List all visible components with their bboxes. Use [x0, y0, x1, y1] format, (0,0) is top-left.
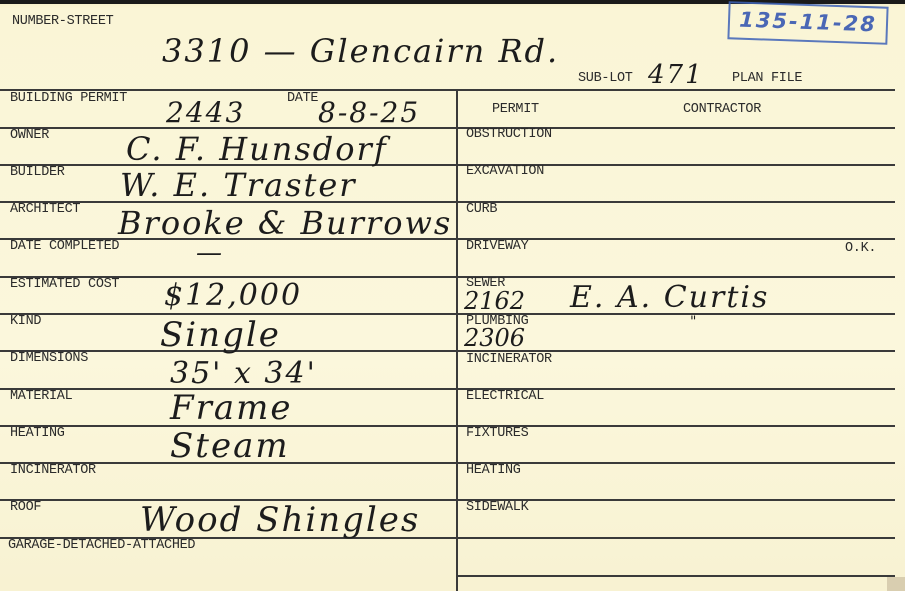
rule [456, 575, 895, 577]
plumbing-contractor: " [690, 314, 698, 330]
plumbing-permit: 2306 [464, 324, 525, 352]
building-permit-value: 2443 [166, 96, 245, 129]
sewer-contractor: E. A. Curtis [570, 280, 769, 315]
excavation-label: EXCAVATION [466, 164, 544, 179]
owner-value: C. F. Hunsdorf [126, 130, 388, 168]
heating-permit-label: HEATING [466, 463, 521, 478]
fixtures-label: FIXTURES [466, 426, 528, 441]
date-completed-label: DATE COMPLETED [10, 239, 119, 254]
curb-label: CURB [466, 202, 497, 217]
sub-lot-label: SUB-LOT [578, 71, 633, 86]
rule [0, 276, 895, 278]
heating-value: Steam [170, 426, 290, 466]
incinerator-permit-label: INCINERATOR [466, 352, 552, 367]
electrical-label: ELECTRICAL [466, 389, 544, 404]
date-label: DATE [287, 91, 318, 106]
architect-label: ARCHITECT [10, 202, 80, 217]
kind-value: Single [160, 315, 281, 355]
sub-lot-value: 471 [648, 60, 704, 90]
rule [0, 462, 895, 464]
file-number-stamp: 135-11-28 [727, 1, 888, 45]
driveway-note: O.K. [845, 241, 876, 256]
dimensions-label: DIMENSIONS [10, 351, 88, 366]
permit-column-header: PERMIT [492, 102, 539, 117]
builder-value: W. E. Traster [120, 166, 357, 204]
contractor-column-header: CONTRACTOR [683, 102, 761, 117]
roof-label: ROOF [10, 500, 41, 515]
obstruction-label: OBSTRUCTION [466, 127, 552, 142]
number-street-value: 3310 — Glencairn Rd. [162, 32, 559, 70]
number-street-label: NUMBER-STREET [12, 14, 113, 29]
kind-label: KIND [10, 314, 41, 329]
permit-card: 135-11-28 NUMBER-STREET 3310 — Glencairn… [0, 0, 905, 591]
heating-label: HEATING [10, 426, 65, 441]
rule [0, 89, 895, 91]
owner-label: OWNER [10, 128, 49, 143]
rule [0, 350, 895, 352]
incinerator-label: INCINERATOR [10, 463, 96, 478]
rule [0, 388, 895, 390]
material-value: Frame [170, 388, 292, 428]
date-value: 8-8-25 [318, 96, 420, 129]
estimated-cost-label: ESTIMATED COST [10, 277, 119, 292]
estimated-cost-value: $12,000 [164, 278, 302, 313]
rule [0, 127, 895, 129]
sidewalk-label: SIDEWALK [466, 500, 528, 515]
builder-label: BUILDER [10, 165, 65, 180]
dimensions-value: 35' x 34' [170, 356, 317, 391]
plan-file-label: PLAN FILE [732, 71, 802, 86]
architect-value: Brooke & Burrows [118, 204, 452, 242]
rule [0, 499, 895, 501]
rule [0, 425, 895, 427]
sewer-permit: 2162 [464, 287, 525, 315]
roof-value: Wood Shingles [140, 500, 420, 540]
date-completed-value: — [196, 238, 224, 268]
column-divider [456, 89, 458, 591]
building-permit-label: BUILDING PERMIT [10, 91, 127, 106]
material-label: MATERIAL [10, 389, 72, 404]
garage-label: GARAGE-DETACHED-ATTACHED [8, 538, 195, 553]
card-corner [887, 577, 905, 591]
driveway-label: DRIVEWAY [466, 239, 528, 254]
